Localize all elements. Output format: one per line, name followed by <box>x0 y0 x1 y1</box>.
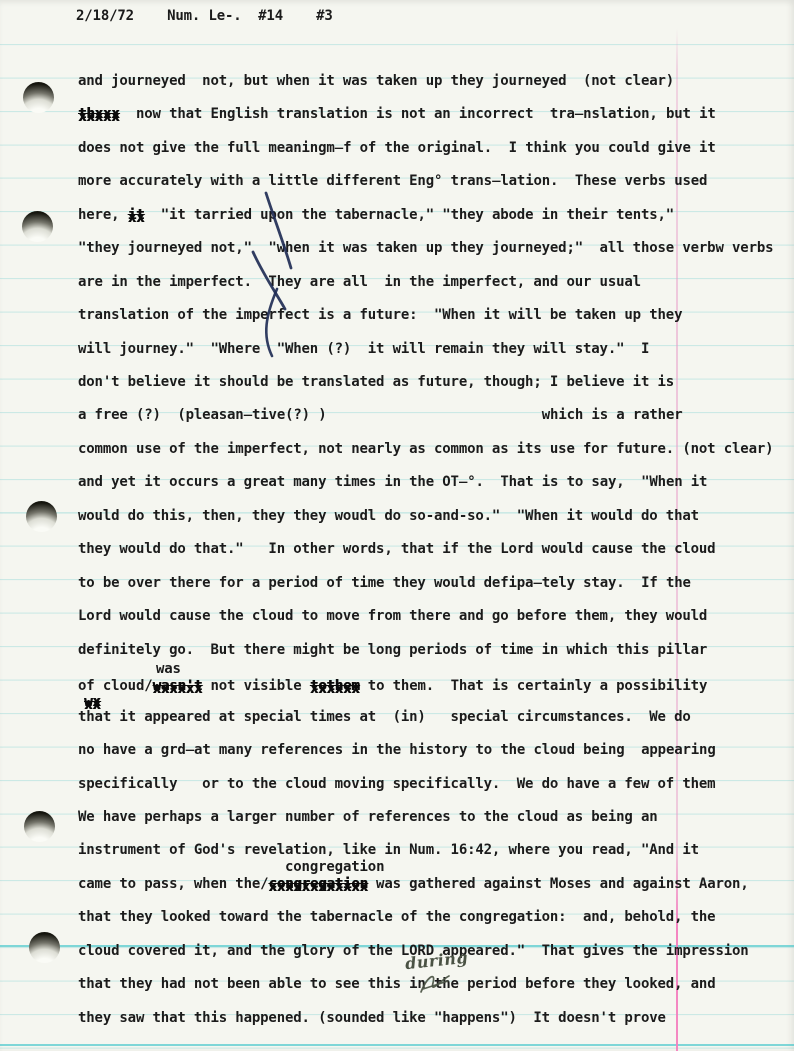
struck-out-text: tothem <box>310 678 360 694</box>
typed-text: specifically or to the cloud moving spec… <box>78 776 715 792</box>
punch-hole <box>26 501 57 532</box>
scanned-page: 2/18/72 Num. Le-. #14 #3 and journeyed n… <box>0 0 794 1051</box>
typed-line: don't believe it should be translated as… <box>78 372 674 392</box>
struck-out-text: wasn't <box>153 678 203 694</box>
struck-out-text: thxxx <box>78 106 119 122</box>
typed-line: and journeyed not, but when it was taken… <box>78 71 674 91</box>
typed-text: more accurately with a little different … <box>78 173 707 189</box>
typed-line: Lord would cause the cloud to move from … <box>78 606 707 626</box>
typed-text: that they had not been able to see this <box>78 976 409 992</box>
typed-line: and yet it occurs a great many times in … <box>78 472 707 492</box>
typed-text: was gathered against Moses and against A… <box>368 876 749 892</box>
typed-text: "they journeyed not," "when it was taken… <box>78 240 773 256</box>
typed-text: a free (?) (pleasan̶tive(?) ) which is a… <box>78 407 683 423</box>
typed-line: more accurately with a little different … <box>78 171 707 191</box>
typed-text: to them. That is certainly a possibility <box>360 678 708 694</box>
typed-text: that it appeared at special times at (in… <box>78 709 691 725</box>
typed-line: of cloud/wasn't not visible tothem to th… <box>78 676 707 696</box>
typed-line: here, it "it tarried upon the tabernacle… <box>78 205 674 225</box>
typed-line: specifically or to the cloud moving spec… <box>78 774 715 794</box>
typed-text: will journey." "Where "When (?) it will … <box>78 341 649 357</box>
typed-line: to be over there for a period of time th… <box>78 573 691 593</box>
typed-text: and yet it occurs a great many times in … <box>78 474 707 490</box>
typed-line: that it appeared at special times at (in… <box>78 707 691 727</box>
typed-text: are in the imperfect. They are all in th… <box>78 274 641 290</box>
typed-text: they would do that." In other words, tha… <box>78 541 715 557</box>
typed-text: translation of the imperfect is a future… <box>78 307 682 323</box>
typed-line: that they had not been able to see this … <box>78 974 715 994</box>
typed-text: not visible <box>202 678 310 694</box>
typed-text: congregation <box>285 859 384 875</box>
typed-text: that they looked toward the tabernacle o… <box>78 909 715 925</box>
typed-text: common use of the imperfect, not nearly … <box>78 441 773 457</box>
typed-text: the period before they looked, and <box>426 976 716 992</box>
typed-text: would do this, then, they they woudl do … <box>78 508 699 524</box>
typed-line: thxxx now that English translation is no… <box>78 104 716 124</box>
typed-line: a free (?) (pleasan̶tive(?) ) which is a… <box>78 405 683 425</box>
typed-line: are in the imperfect. They are all in th… <box>78 272 641 292</box>
typed-text: and journeyed not, but when it was taken… <box>78 73 674 89</box>
typed-line: We have perhaps a larger number of refer… <box>78 807 658 827</box>
typed-text: was <box>156 661 181 677</box>
pen-struck-text: in <box>409 976 426 992</box>
typed-line: instrument of God's revelation, like in … <box>78 840 699 860</box>
typed-text: here, <box>78 207 128 223</box>
punch-hole <box>22 211 53 242</box>
punch-hole <box>23 82 54 113</box>
typed-text: Lord would cause the cloud to move from … <box>78 608 707 624</box>
typed-text: to be over there for a period of time th… <box>78 575 691 591</box>
struck-out-text: it <box>128 207 145 223</box>
typed-text: came to pass, when the/ <box>78 876 268 892</box>
typed-line: came to pass, when the/congregation was … <box>78 874 749 894</box>
typed-line: that they looked toward the tabernacle o… <box>78 907 715 927</box>
typed-text: instrument of God's revelation, like in … <box>78 842 699 858</box>
typed-line: no have a grd̶at many references in the … <box>78 740 716 760</box>
typed-line: definitely go. But there might be long p… <box>78 640 707 660</box>
struck-out-text: congregation <box>268 876 367 892</box>
typed-text: We have perhaps a larger number of refer… <box>78 809 658 825</box>
typed-text: "it tarried upon the tabernacle," "they … <box>144 207 674 223</box>
typed-text: they saw that this happened. (sounded li… <box>78 1010 666 1026</box>
typed-line: "they journeyed not," "when it was taken… <box>78 238 773 258</box>
typed-line: will journey." "Where "When (?) it will … <box>78 339 649 359</box>
typed-line: does not give the full meaningm̶f of the… <box>78 138 716 158</box>
punch-hole <box>29 932 60 963</box>
typed-line: common use of the imperfect, not nearly … <box>78 439 773 459</box>
handwritten-word-during: during <box>404 949 469 974</box>
typed-line: would do this, then, they they woudl do … <box>78 506 699 526</box>
page-header: 2/18/72 Num. Le-. #14 #3 <box>76 6 333 26</box>
typed-line: they saw that this happened. (sounded li… <box>78 1008 666 1028</box>
typed-text: now that English translation is not an i… <box>119 106 715 122</box>
punch-hole <box>24 811 55 842</box>
typed-text: definitely go. But there might be long p… <box>78 642 707 658</box>
typed-text: no have a grd̶at many references in the … <box>78 742 716 758</box>
typed-text: does not give the full meaningm̶f of the… <box>78 140 716 156</box>
typed-line: they would do that." In other words, tha… <box>78 539 715 559</box>
ruled-line <box>0 1044 794 1046</box>
typed-text: don't believe it should be translated as… <box>78 374 674 390</box>
typed-line: translation of the imperfect is a future… <box>78 305 682 325</box>
